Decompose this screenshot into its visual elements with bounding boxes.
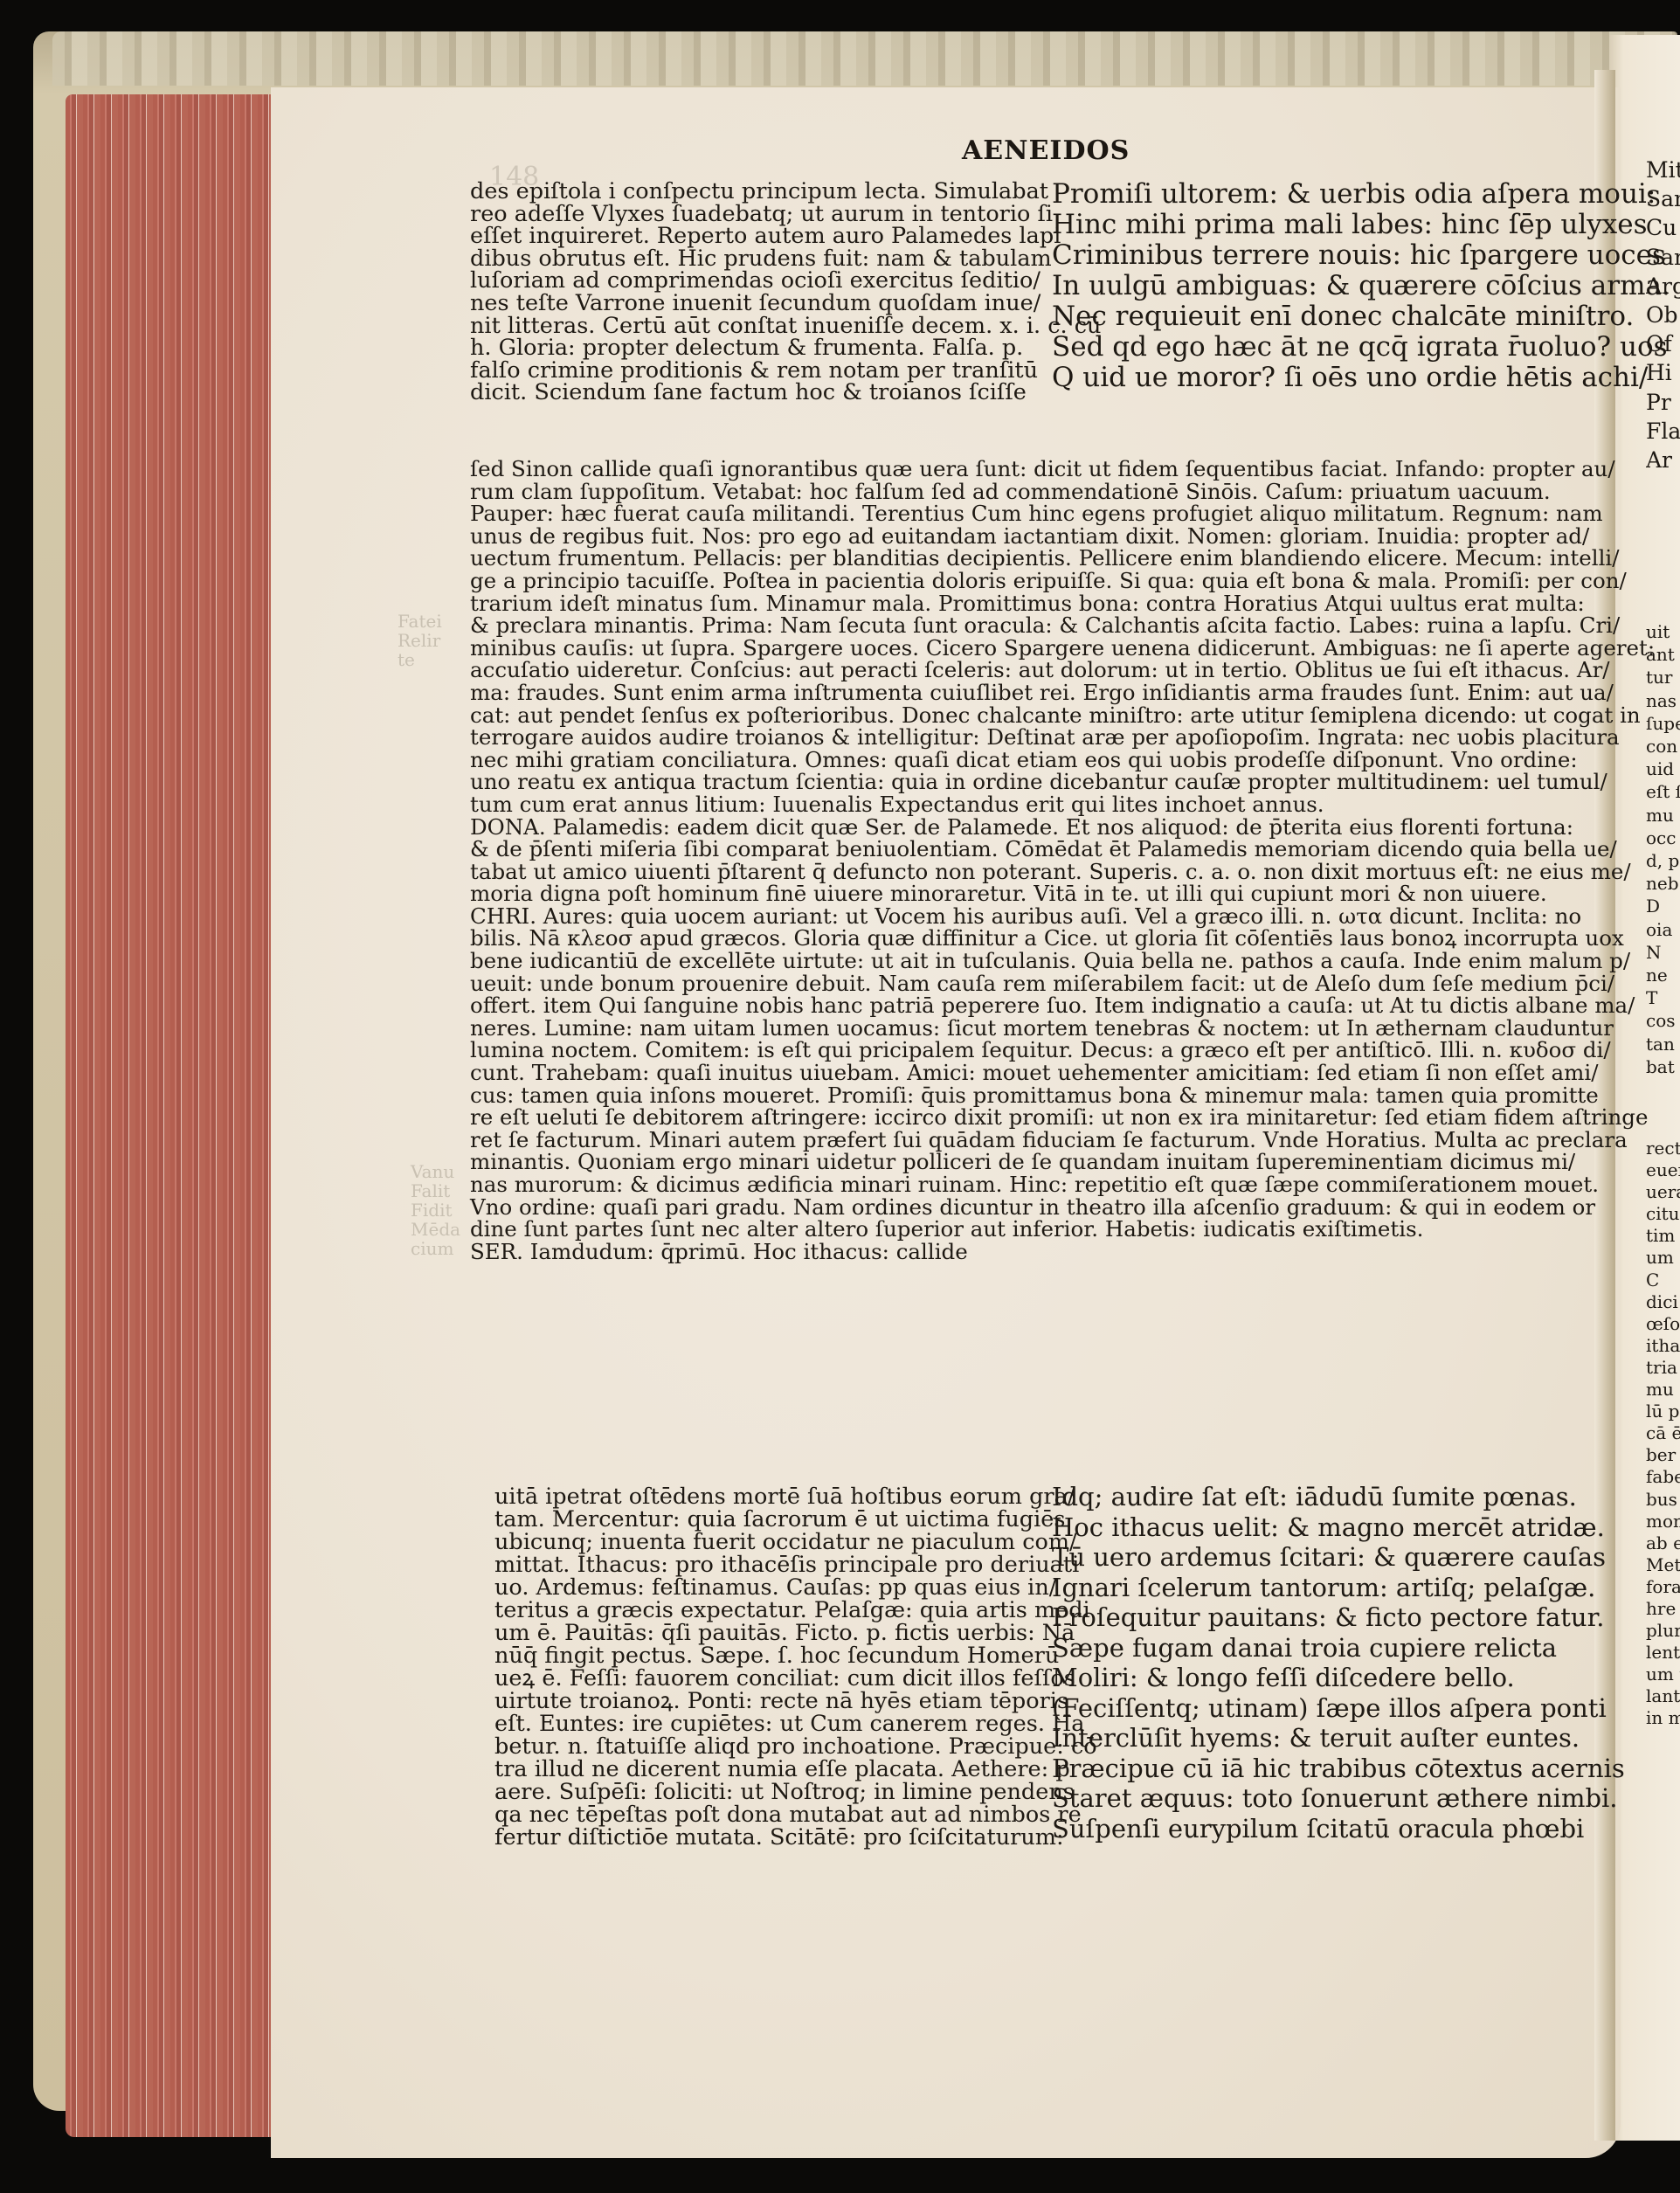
- commentary-line: moria digna poſt hominum finē uiuere min…: [470, 882, 1655, 905]
- show-through-marginalia-upper: Fatei Relir te: [398, 612, 442, 669]
- commentary-line: & preclara minantis. Prima: Nam ſecuta ſ…: [470, 614, 1655, 637]
- verse-line: Ignari ſcelerum tantorum: artiſq; pelaſg…: [1052, 1573, 1625, 1603]
- commentary-line: rum clam ſuppoſitum. Vetabat: hoc falſum…: [470, 481, 1655, 503]
- commentary-line: CHRI. Aures: quia uocem auriant: ut Voce…: [470, 905, 1655, 928]
- verse-line: Q uid ue moror? ſi oēs uno ordie hētis a…: [1052, 363, 1670, 393]
- verse-block-top: Promiſi ultorem: & uerbis odia aſpera mo…: [1052, 179, 1670, 393]
- verse-line: Criminibus terrere nouis: hic ſpargere u…: [1052, 240, 1670, 271]
- verse-line: Interclūſit hyems: & teruit auſter eunte…: [1052, 1723, 1625, 1754]
- commentary-line: & de p̄ſenti miſeria ſibi comparat beniu…: [470, 838, 1655, 861]
- commentary-line: uo. Ardemus: feſtinamus. Cauſas: pp quas…: [494, 1576, 1097, 1599]
- commentary-line: ueꝝ ē. Feſſi: fauorem conciliat: cum dic…: [494, 1667, 1097, 1690]
- verse-line: Nec requieuit enī donec chalcāte miniſtr…: [1052, 301, 1670, 332]
- commentary-line: trarium ideſt minatus ſum. Minamur mala.…: [470, 592, 1655, 615]
- binding-headcap: [52, 31, 1677, 86]
- commentary-line: ge a principio tacuiſſe. Poſtea in pacie…: [470, 570, 1655, 592]
- verse-line: Tū uero ardemus ſcitari: & quærere cauſa…: [1052, 1542, 1625, 1573]
- commentary-line: accuſatio uideretur. Conſcius: aut perac…: [470, 659, 1655, 681]
- commentary-line: ſed Sinon callide quaſi ignorantibus quæ…: [470, 458, 1655, 481]
- commentary-line: offert. item Qui ſanguine nobis hanc pat…: [470, 994, 1655, 1017]
- commentary-line: re eſt ueluti ſe debitorem aſtringere: i…: [470, 1106, 1655, 1129]
- verse-line: Sed qd ego hæc āt ne qcq̄ igrata r̄uoluo…: [1052, 332, 1670, 363]
- commentary-line: DONA. Palamedis: eadem dicit quæ Ser. de…: [470, 816, 1655, 839]
- commentary-line: terrogare auidos audire troianos & intel…: [470, 726, 1655, 749]
- commentary-line: betur. n. ſtatuiſſe aliqd pro inchoation…: [494, 1735, 1097, 1758]
- verse-line: Hoc ithacus uelit: & magno mercēt atridæ…: [1052, 1512, 1625, 1543]
- running-head: AENEIDOS: [962, 135, 1130, 166]
- verse-line: In uulgū ambiguas: & quærere cōſcius arm…: [1052, 271, 1670, 301]
- verse-line: Suſpenſi eurypilum ſcitatū oracula phœbi: [1052, 1814, 1625, 1844]
- commentary-line: uno reatu ex antiqua tractum ſcientia: q…: [470, 771, 1655, 793]
- commentary-line: cus: tamen quia inſons moueret. Promiſi:…: [470, 1084, 1655, 1107]
- facing-page-commentary-fragments-b: recto euer uera citu tim um C dici œſo i…: [1646, 1138, 1680, 1730]
- commentary-line: teritus a græcis expectatur. Pelaſgæ: qu…: [494, 1599, 1097, 1622]
- commentary-line: Vno ordine: quaſi pari gradu. Nam ordine…: [470, 1196, 1655, 1219]
- commentary-line: um ē. Pauitās: q̄ſi pauitās. Ficto. p. f…: [494, 1622, 1097, 1644]
- commentary-line: nes teſte Varrone inuenit ſecundum quoſd…: [470, 293, 1101, 315]
- verse-line: (Feciſſentq; utinam) ſæpe illos aſpera p…: [1052, 1693, 1625, 1724]
- commentary-line: tum cum erat annus litium: Iuuenalis Exp…: [470, 793, 1655, 816]
- commentary-line: bene iudicantiū de excellēte uirtute: ut…: [470, 950, 1655, 972]
- commentary-line: ueuit: unde bonum prouenire debuit. Nam …: [470, 972, 1655, 995]
- verse-line: Præcipue cū iā hic trabibus cōtextus ace…: [1052, 1754, 1625, 1784]
- verse-line: Staret æquus: toto ſonuerunt æthere nimb…: [1052, 1783, 1625, 1814]
- facing-page-commentary-fragments-a: uit ant tur nas ſupe con uid eſt ſ mu oc…: [1646, 620, 1680, 1078]
- commentary-line: uirtute troianoꝝ. Ponti: recte nā hyēs e…: [494, 1690, 1097, 1712]
- commentary-line: dine ſunt partes ſunt nec alter altero ſ…: [470, 1218, 1655, 1241]
- verse-line: Idq; audire ſat eſt: iādudū ſumite pœnas…: [1052, 1482, 1625, 1512]
- commentary-line: tam. Mercentur: quia ſacrorum ē ut uicti…: [494, 1508, 1097, 1531]
- red-stained-fore-edge: [66, 94, 271, 2137]
- commentary-line: des epiſtola i conſpectu principum lecta…: [470, 181, 1101, 204]
- commentary-block-top: des epiſtola i conſpectu principum lecta…: [470, 181, 1101, 405]
- commentary-line: fertur diſtictiōe mutata. Scitātē: pro ſ…: [494, 1826, 1097, 1849]
- commentary-line: bilis. Nā κλεοσ apud græcos. Gloria quæ …: [470, 927, 1655, 950]
- commentary-line: SER. Iamdudum: q̄primū. Hoc ithacus: cal…: [470, 1241, 1655, 1263]
- facing-page-verse-fragments: Mit Sam Cu Sar Arg Ob Of Hi Pr Fla Ar: [1646, 156, 1680, 474]
- commentary-block-wide: ſed Sinon callide quaſi ignorantibus quæ…: [470, 458, 1655, 1263]
- commentary-line: dicit. Sciendum ſane factum hoc & troian…: [470, 382, 1101, 405]
- commentary-line: ma: fraudes. Sunt enim arma inſtrumenta …: [470, 681, 1655, 704]
- commentary-line: uectum frumentum. Pellacis: per blanditi…: [470, 547, 1655, 570]
- commentary-line: ubicunq; inuenta fuerit occidatur ne pia…: [494, 1531, 1097, 1553]
- commentary-line: mittat. Ithacus: pro ithacēſis principal…: [494, 1553, 1097, 1576]
- commentary-line: nūq̄ fingit pectus. Sæpe. ſ. hoc ſecundu…: [494, 1644, 1097, 1667]
- commentary-line: qa nec tēpeſtas poſt dona mutabat aut ad…: [494, 1803, 1097, 1826]
- verse-block-bottom: Idq; audire ſat eſt: iādudū ſumite pœnas…: [1052, 1482, 1625, 1844]
- commentary-line: nas murorum: & dicimus ædificia minari r…: [470, 1173, 1655, 1196]
- verse-line: Proſequitur pauitans: & ficto pectore fa…: [1052, 1602, 1625, 1633]
- commentary-line: minibus cauſis: ut ſupra. Spargere uoces…: [470, 637, 1655, 660]
- commentary-line: minantis. Quoniam ergo minari uidetur po…: [470, 1151, 1655, 1173]
- commentary-line: Pauper: hæc fuerat cauſa militandi. Tere…: [470, 502, 1655, 525]
- commentary-line: tabat ut amico uiuenti p̄ſtarent q̄ defu…: [470, 861, 1655, 883]
- commentary-line: cat: aut pendet ſenſus ex poſterioribus.…: [470, 704, 1655, 727]
- commentary-line: tra illud ne dicerent numia eſſe placata…: [494, 1758, 1097, 1781]
- commentary-line: cunt. Trahebam: quaſi inuitus uiuebam. A…: [470, 1062, 1655, 1084]
- commentary-line: lumina noctem. Comitem: is eſt qui prici…: [470, 1039, 1655, 1062]
- commentary-line: aere. Suſpēſi: ſoliciti: ut Noſtroq; in …: [494, 1781, 1097, 1803]
- commentary-line: nec mihi gratiam conciliatura. Omnes: qu…: [470, 749, 1655, 771]
- verse-line: Sæpe fugam danai troia cupiere relicta: [1052, 1633, 1625, 1664]
- verse-line: Moliri: & longo feſſi diſcedere bello.: [1052, 1663, 1625, 1693]
- commentary-line: neres. Lumine: nam uitam lumen uocamus: …: [470, 1017, 1655, 1040]
- commentary-line: uitā ipetrat oſtēdens mortē ſuā hoſtibus…: [494, 1485, 1097, 1508]
- verse-line: Promiſi ultorem: & uerbis odia aſpera mo…: [1052, 179, 1670, 210]
- commentary-block-bottom: uitā ipetrat oſtēdens mortē ſuā hoſtibus…: [494, 1485, 1097, 1849]
- commentary-line: unus de regibus fuit. Nos: pro ego ad eu…: [470, 525, 1655, 548]
- commentary-line: eſt. Euntes: ire cupiētes: ut Cum canere…: [494, 1712, 1097, 1735]
- commentary-line: ret ſe facturum. Minari autem præfert ſu…: [470, 1129, 1655, 1152]
- verse-line: Hinc mihi prima mali labes: hinc ſēp uly…: [1052, 210, 1670, 240]
- show-through-marginalia-lower: Vanu Falit Fidit Mēda cium: [411, 1162, 460, 1258]
- commentary-line: eſſet inquireret. Reperto autem auro Pal…: [470, 225, 1101, 248]
- commentary-line: h. Gloria: propter delectum & frumenta. …: [470, 337, 1101, 360]
